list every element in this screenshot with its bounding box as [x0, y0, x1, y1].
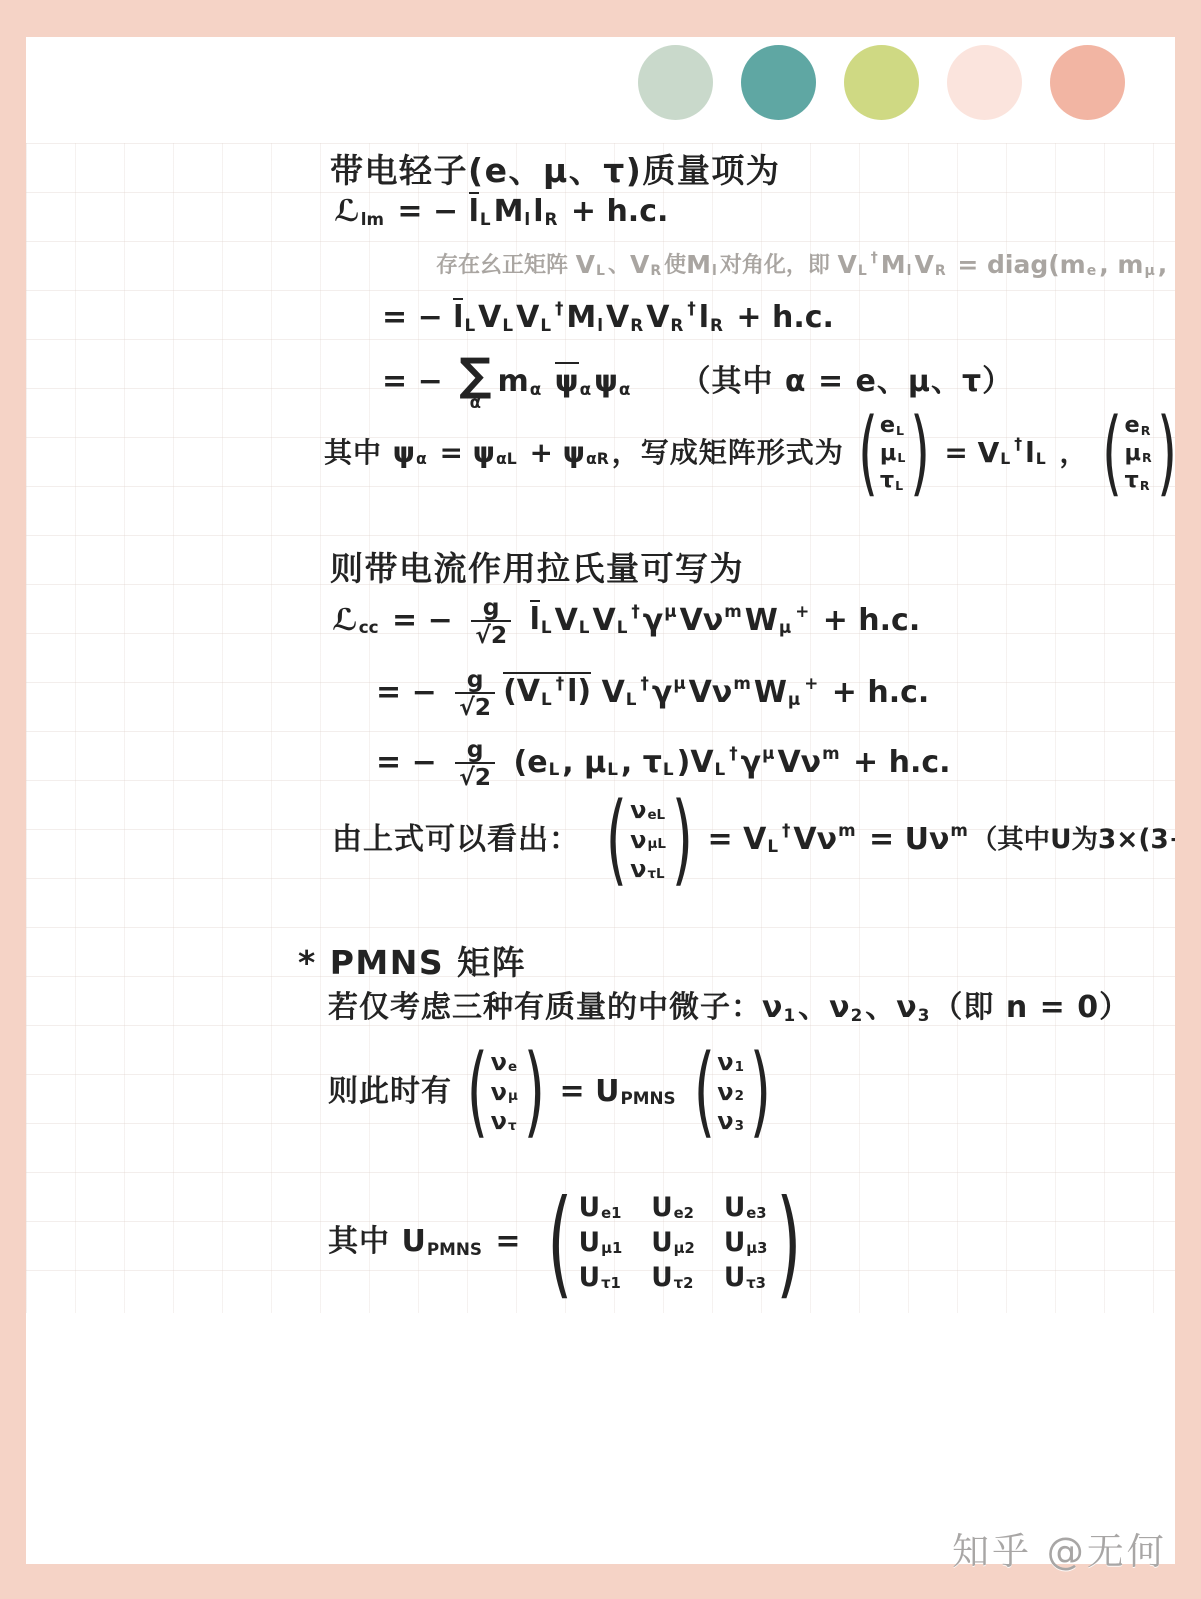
color-dot [947, 45, 1022, 120]
color-dots [638, 45, 1125, 120]
eq-lepton-mass-term: ℒlm = − lLMllR + h.c. [334, 195, 668, 230]
zhihu-watermark: 知乎 @无何 [952, 1521, 1167, 1575]
heading-pmns-matrix: * PMNS 矩阵 [298, 937, 526, 984]
eq-psi-matrix-form: 其中 ψα = ψαL + ψαR，写成矩阵形式为(eLμLτL)= VL†lL… [324, 409, 1175, 497]
eq-lepton-mass-step2: = − lLVLVL†MlVRVR†lR + h.c. [382, 301, 834, 336]
eq-charged-current-2: = − g√2(VL†l) VL†γμVνmWμ+ + h.c. [376, 667, 929, 719]
eq-pmns-matrix-elements: 其中 UPMNS = (Ue1Ue2Ue3Uμ1Uμ2Uμ3Uτ1Uτ2Uτ3) [328, 1187, 818, 1298]
heading-charged-lepton-mass: 带电轻子(e、μ、τ)质量项为 [330, 145, 780, 192]
eq-charged-current-3: = − g√2 (eL, μL, τL)VL†γμVνm + h.c. [376, 737, 951, 789]
eq-mixing-conclusion: 由上式可以看出： (νeLνμLντL)= VL†Vνm = Uνm（其中U为3… [332, 793, 1175, 887]
color-dot [844, 45, 919, 120]
notes-screenshot: { "palette": { "frame": "#f5d3c6", "page… [0, 0, 1201, 1599]
note-page: 带电轻子(e、μ、τ)质量项为 ℒlm = − lLMllR + h.c. 存在… [26, 37, 1175, 1564]
line-pmns-intro: 若仅考虑三种有质量的中微子：ν1、ν2、ν3（即 n = 0） [328, 991, 1130, 1026]
annotation-diagonalization: 存在幺正矩阵 VL、VR使Ml对角化，即 VL†MlVR = diag(me, … [436, 251, 1175, 280]
color-dot [741, 45, 816, 120]
eq-charged-current-1: ℒcc = − g√2 lLVLVL†γμVνmWμ+ + h.c. [332, 595, 920, 647]
color-dot [1050, 45, 1125, 120]
eq-pmns-relation: 则此时有(νeνμντ)= UPMNS(ν1ν2ν3) [328, 1045, 786, 1139]
color-dot [638, 45, 713, 120]
heading-charged-current: 则带电流作用拉氏量可写为 [330, 543, 744, 590]
page-frame: 带电轻子(e、μ、τ)质量项为 ℒlm = − lLMllR + h.c. 存在… [0, 0, 1201, 1599]
